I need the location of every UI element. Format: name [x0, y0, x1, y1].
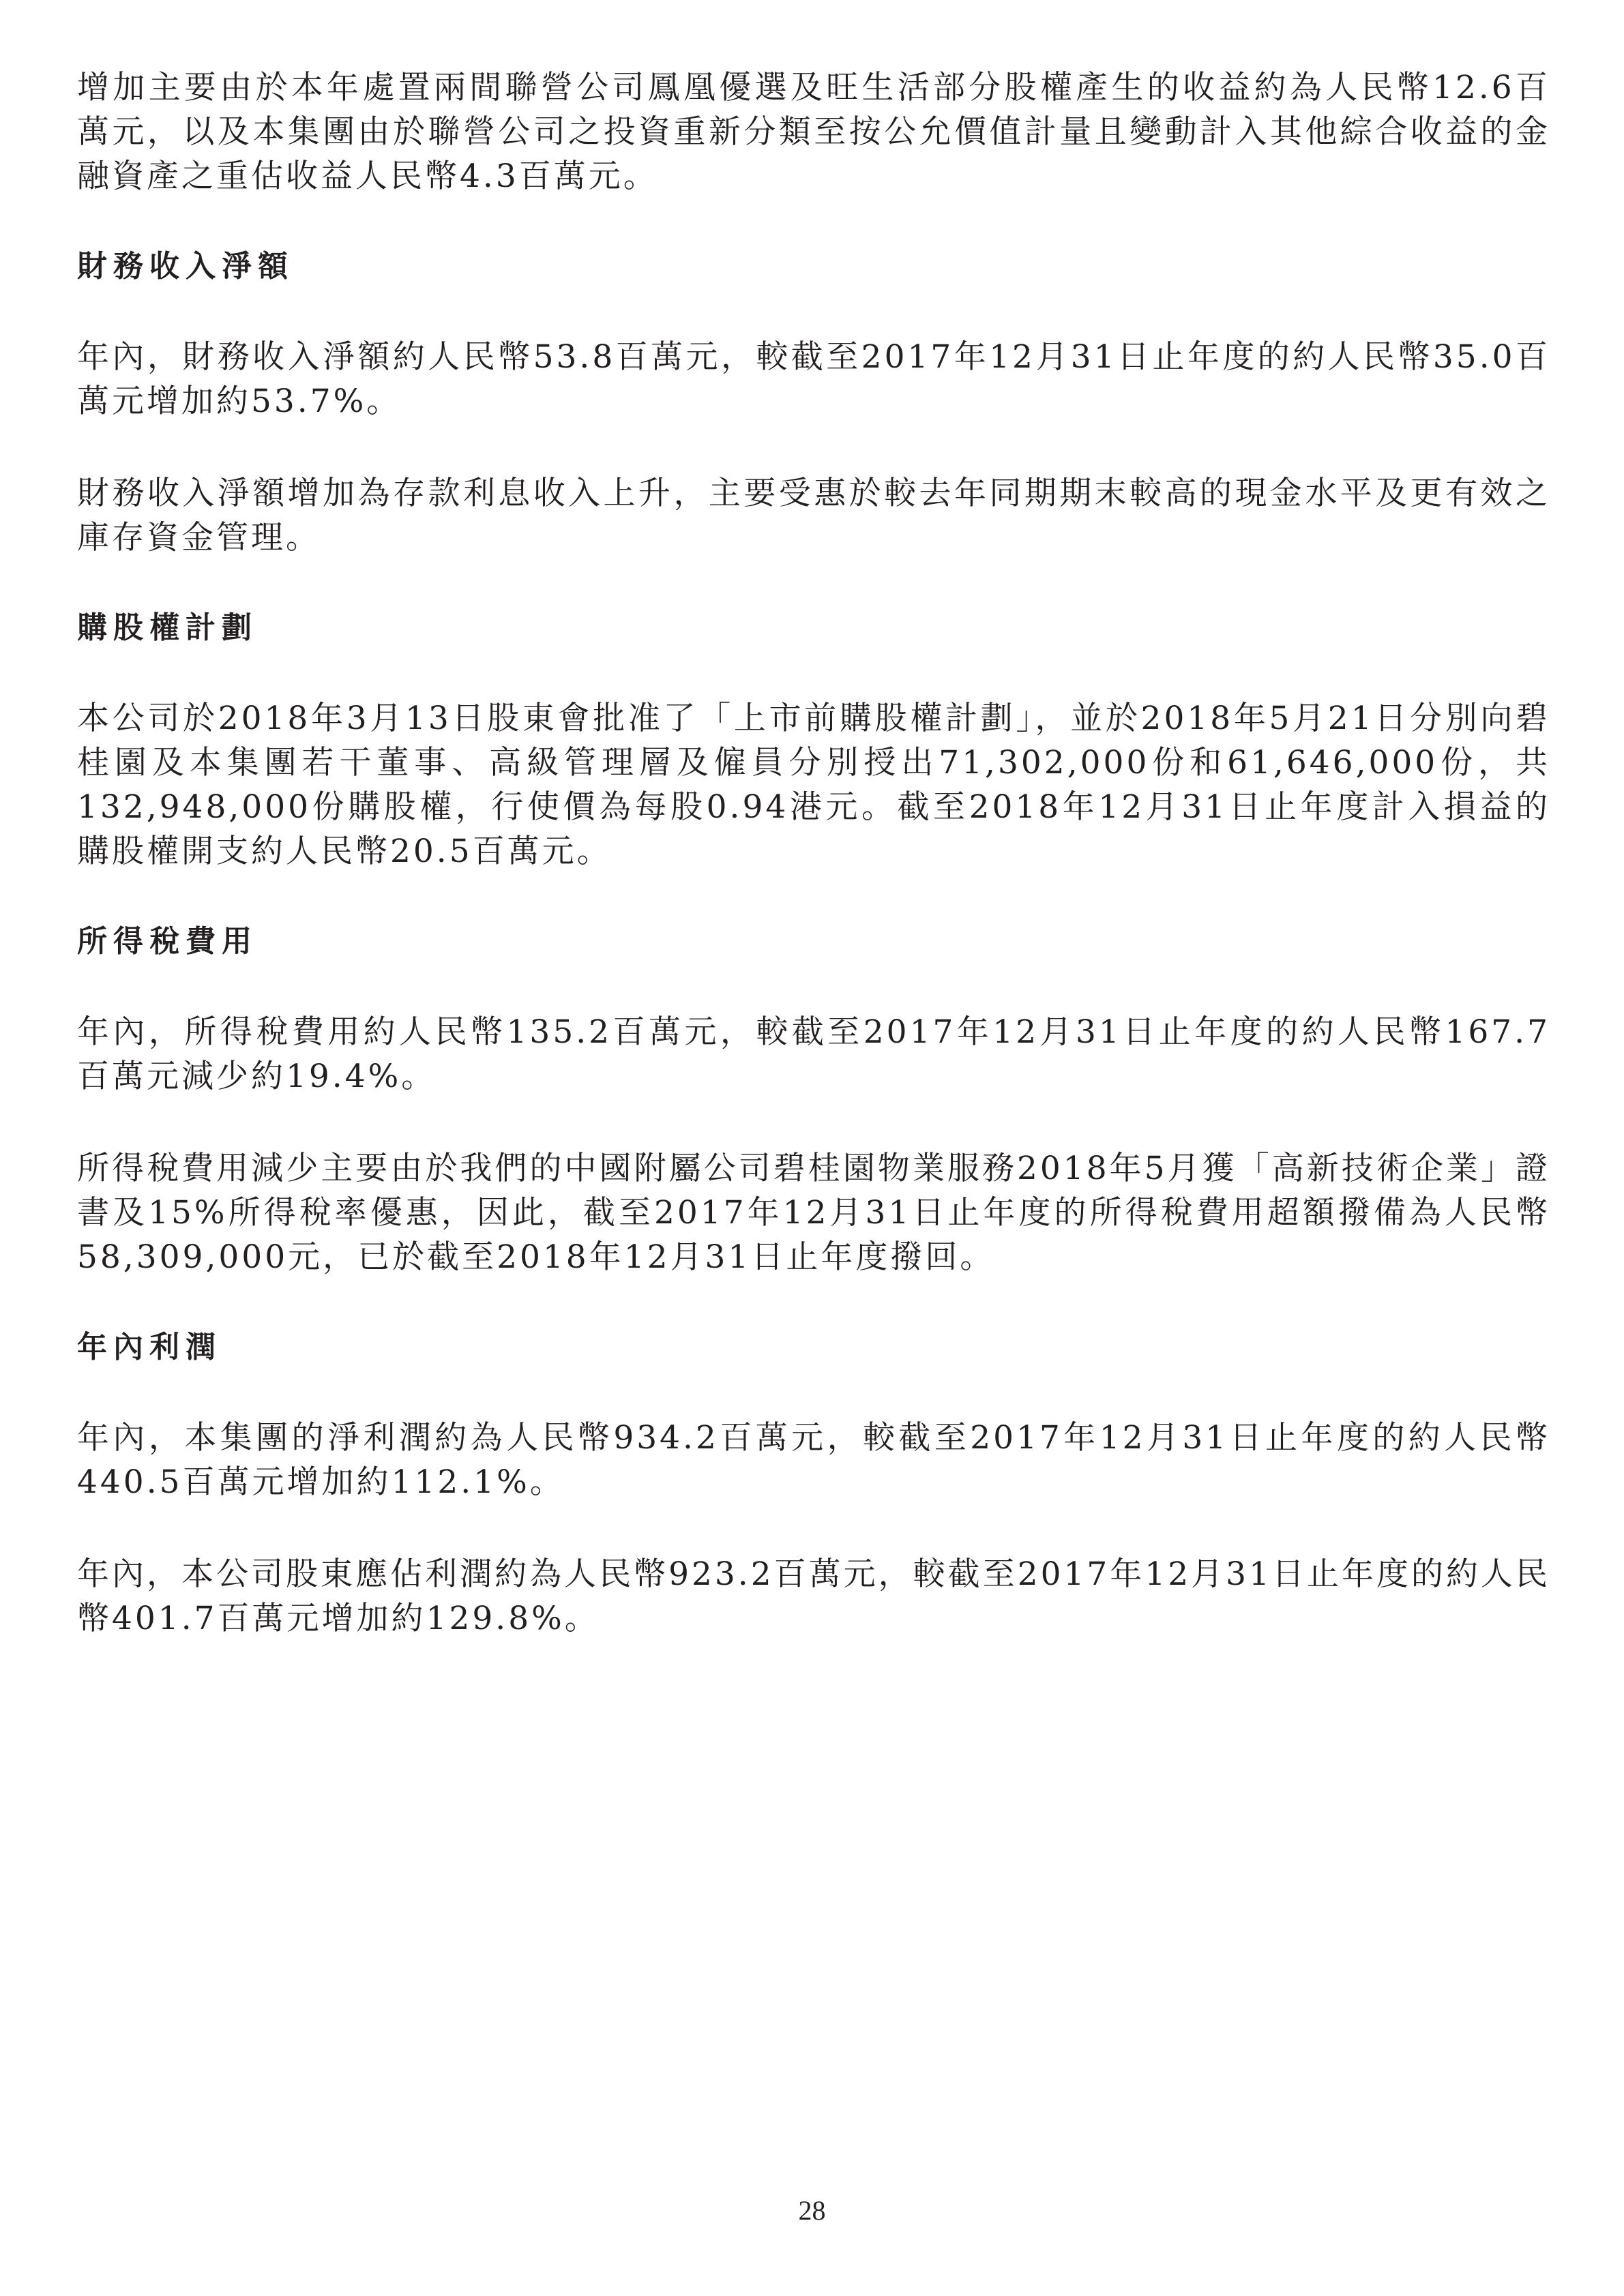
section-profit-for-year: 年內利潤 年內，本集團的淨利潤約為人民幣934.2百萬元，較截至2017年12月… [77, 1327, 1550, 1641]
section-heading: 財務收入淨額 [77, 246, 1550, 287]
section-heading: 購股權計劃 [77, 608, 1550, 648]
paragraph: 年內，本公司股東應佔利潤約為人民幣923.2百萬元，較截至2017年12月31日… [77, 1552, 1550, 1641]
section-heading: 年內利潤 [77, 1327, 1550, 1368]
paragraph: 本公司於2018年3月13日股東會批准了「上市前購股權計劃」，並於2018年5月… [77, 696, 1550, 874]
paragraph: 所得稅費用減少主要由於我們的中國附屬公司碧桂園物業服務2018年5月獲「高新技術… [77, 1146, 1550, 1279]
paragraph: 年內，本集團的淨利潤約為人民幣934.2百萬元，較截至2017年12月31日止年… [77, 1416, 1550, 1504]
intro-paragraph: 增加主要由於本年處置兩間聯營公司鳳凰優選及旺生活部分股權產生的收益約為人民幣12… [77, 65, 1550, 198]
page-number: 28 [0, 2194, 1624, 2226]
paragraph: 年內，所得稅費用約人民幣135.2百萬元，較截至2017年12月31日止年度的約… [77, 1010, 1550, 1099]
paragraph: 年內，財務收入淨額約人民幣53.8百萬元，較截至2017年12月31日止年度的約… [77, 335, 1550, 423]
document-page: 增加主要由於本年處置兩間聯營公司鳳凰優選及旺生活部分股權產生的收益約為人民幣12… [77, 65, 1550, 1688]
section-share-option-scheme: 購股權計劃 本公司於2018年3月13日股東會批准了「上市前購股權計劃」，並於2… [77, 608, 1550, 874]
section-income-tax-expense: 所得稅費用 年內，所得稅費用約人民幣135.2百萬元，較截至2017年12月31… [77, 921, 1550, 1279]
paragraph: 財務收入淨額增加為存款利息收入上升，主要受惠於較去年同期期末較高的現金水平及更有… [77, 471, 1550, 560]
section-heading: 所得稅費用 [77, 921, 1550, 962]
section-net-finance-income: 財務收入淨額 年內，財務收入淨額約人民幣53.8百萬元，較截至2017年12月3… [77, 246, 1550, 560]
